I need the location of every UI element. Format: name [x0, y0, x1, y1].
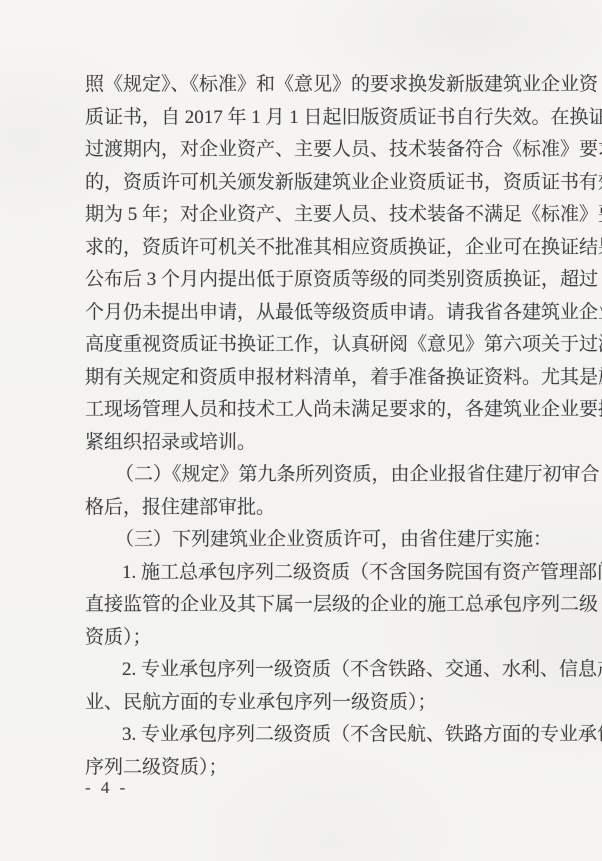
text-line: 直接监管的企业及其下属一层级的企业的施工总承包序列二级: [85, 589, 597, 622]
text-line: 高度重视资质证书换证工作，认真研阅《意见》第六项关于过渡: [85, 329, 597, 362]
text-line: 过渡期内，对企业资产、主要人员、技术装备符合《标准》要求: [85, 134, 597, 167]
text-line: 业、民航方面的专业承包序列一级资质）；: [85, 687, 597, 720]
text-line: 公布后 3 个月内提出低于原资质等级的同类别资质换证，超过 3: [85, 264, 597, 297]
text-line: （二）《规定》第九条所列资质，由企业报省住建厅初审合: [85, 459, 597, 492]
text-line: 格后，报住建部审批。: [85, 492, 597, 525]
text-line: 紧组织招录或培训。: [85, 427, 597, 460]
text-line: 个月仍未提出申请，从最低等级资质申请。请我省各建筑业企业: [85, 297, 597, 330]
text-line: 工现场管理人员和技术工人尚未满足要求的，各建筑业企业要抓: [85, 394, 597, 427]
text-line: 期有关规定和资质申报材料清单，着手准备换证资料。尤其是施: [85, 362, 597, 395]
text-line: 3. 专业承包序列二级资质（不含民航、铁路方面的专业承包: [85, 719, 597, 752]
document-page: 照《规定》、《标准》和《意见》的要求换发新版建筑业企业资质证书，自 2017 年…: [0, 0, 602, 861]
text-line: 2. 专业承包序列一级资质（不含铁路、交通、水利、信息产: [85, 654, 597, 687]
text-line: 期为 5 年；对企业资产、主要人员、技术装备不满足《标准》要: [85, 199, 597, 232]
document-body-text: 照《规定》、《标准》和《意见》的要求换发新版建筑业企业资质证书，自 2017 年…: [85, 69, 597, 784]
text-line: 序列二级资质）；: [85, 752, 597, 785]
page-number: - 4 -: [85, 778, 128, 798]
text-line: （三）下列建筑业企业资质许可，由省住建厅实施：: [85, 524, 597, 557]
text-line: 1. 施工总承包序列二级资质（不含国务院国有资产管理部门: [85, 557, 597, 590]
text-line: 资质）；: [85, 622, 597, 655]
text-line: 照《规定》、《标准》和《意见》的要求换发新版建筑业企业资: [85, 69, 597, 102]
text-line: 质证书，自 2017 年 1 月 1 日起旧版资质证书自行失效。在换证: [85, 102, 597, 135]
text-line: 求的，资质许可机关不批准其相应资质换证，企业可在换证结果: [85, 232, 597, 265]
text-line: 的，资质许可机关颁发新版建筑业企业资质证书，资质证书有效: [85, 167, 597, 200]
